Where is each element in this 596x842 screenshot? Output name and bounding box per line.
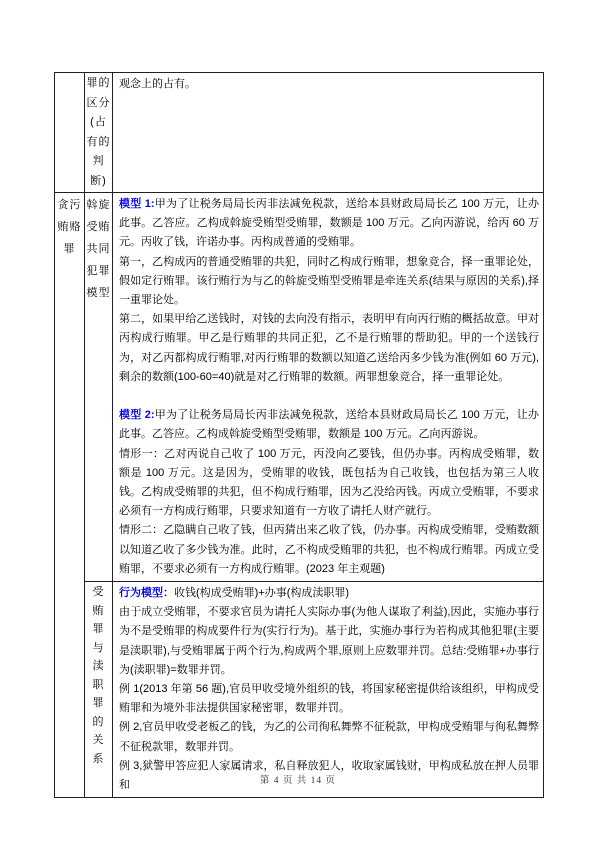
empty-corner-cell xyxy=(55,73,85,193)
page-footer: 第 4 页 共 14 页 xyxy=(0,772,596,786)
header-line: 有的 xyxy=(85,133,112,153)
header-line: 罪 xyxy=(85,694,112,713)
header-line: 关 xyxy=(85,731,112,750)
header-line: 区分 xyxy=(85,94,112,114)
cell-mediated-bribery-content: 模型 1:甲为了让税务局局长丙非法减免税款，送给本县财政局局长乙 100 万元，… xyxy=(113,193,544,582)
header-line: (占 xyxy=(85,113,112,133)
header-line: 罪的 xyxy=(85,74,112,94)
header-line: 判 xyxy=(85,152,112,172)
table-row: 罪的区分(占有的判断) 观念上的占有。 xyxy=(55,73,544,193)
header-line: 犯罪 xyxy=(85,260,112,282)
paragraph: 行为模型：收钱(构成受贿罪)+办事(构成渎职罪) xyxy=(119,584,539,603)
row-header-mediated-bribery-model: 斡旋受贿共同犯罪模型 xyxy=(85,193,113,582)
cell-possession-content: 观念上的占有。 xyxy=(113,73,544,193)
paragraph: 第一，乙构成丙的普通受贿罪的共犯，同时乙构成行贿罪，想象竞合，择一重罪论处，假如… xyxy=(119,253,539,311)
header-line: 罪 xyxy=(55,238,84,260)
header-line: 贪污 xyxy=(55,194,84,216)
paragraph: 观念上的占有。 xyxy=(119,75,539,94)
header-line: 渎 xyxy=(85,657,112,676)
row-header-bribery-vs-dereliction: 受贿罪与渎职罪的关系 xyxy=(85,582,113,798)
table-row: 贪污贿赂罪 斡旋受贿共同犯罪模型 模型 1:甲为了让税务局局长丙非法减免税款，送… xyxy=(55,193,544,582)
legal-notes-table: 罪的区分(占有的判断) 观念上的占有。 贪污贿赂罪 斡旋受贿共同犯罪模型 模型 … xyxy=(54,72,544,798)
header-line: 与 xyxy=(85,639,112,658)
header-line: 断) xyxy=(85,172,112,192)
header-line: 罪 xyxy=(85,620,112,639)
paragraph: 模型 2:甲为了让税务局局长丙非法减免税款，送给本县财政局局长乙 100 万元，… xyxy=(119,406,539,444)
paragraph: 第二，如果甲给乙送钱时，对钱的去向没有指示，表明甲有向丙行贿的概括故意。甲对丙构… xyxy=(119,310,539,387)
paragraph: 由于成立受贿罪，不要求官员为请托人实际办事(为他人谋取了利益),因此，实施办事行… xyxy=(119,603,539,680)
header-line: 受 xyxy=(85,583,112,602)
header-line: 共同 xyxy=(85,238,112,260)
keyword-label: 模型 2: xyxy=(119,409,155,421)
header-line: 的 xyxy=(85,713,112,732)
section-header-corruption-bribery: 贪污贿赂罪 xyxy=(55,193,85,798)
header-line: 系 xyxy=(85,750,112,769)
header-line: 模型 xyxy=(85,282,112,304)
paragraph: 情形二：乙隐瞒自己收了钱，但丙猜出来乙收了钱，仍办事。丙构成受贿罪，受贿数额以知… xyxy=(119,521,539,579)
header-line: 受贿 xyxy=(85,216,112,238)
document-page: 罪的区分(占有的判断) 观念上的占有。 贪污贿赂罪 斡旋受贿共同犯罪模型 模型 … xyxy=(0,0,596,842)
paragraph: 例 1(2013 年第 56 题),官员甲收受境外组织的钱，将国家秘密提供给该组… xyxy=(119,680,539,718)
keyword-label: 模型 1: xyxy=(119,198,155,210)
paragraph xyxy=(119,387,539,406)
keyword-label: 行为模型： xyxy=(119,587,174,599)
row-header-crime-distinction: 罪的区分(占有的判断) xyxy=(85,73,113,193)
cell-bribery-dereliction-content: 行为模型：收钱(构成受贿罪)+办事(构成渎职罪)由于成立受贿罪，不要求官员为请托… xyxy=(113,582,544,798)
paragraph: 情形一：乙对丙说自己收了 100 万元，丙没向乙要钱，但仍办事。丙构成受贿罪，数… xyxy=(119,445,539,522)
header-line: 职 xyxy=(85,676,112,695)
header-line: 贿 xyxy=(85,602,112,621)
header-line: 贿赂 xyxy=(55,216,84,238)
paragraph: 模型 1:甲为了让税务局局长丙非法减免税款，送给本县财政局局长乙 100 万元，… xyxy=(119,195,539,253)
header-line: 斡旋 xyxy=(85,194,112,216)
paragraph: 例 2,官员甲收受老板乙的钱，为乙的公司徇私舞弊不征税款，甲构成受贿罪与徇私舞弊… xyxy=(119,718,539,756)
table-row: 受贿罪与渎职罪的关系 行为模型：收钱(构成受贿罪)+办事(构成渎职罪)由于成立受… xyxy=(55,582,544,798)
